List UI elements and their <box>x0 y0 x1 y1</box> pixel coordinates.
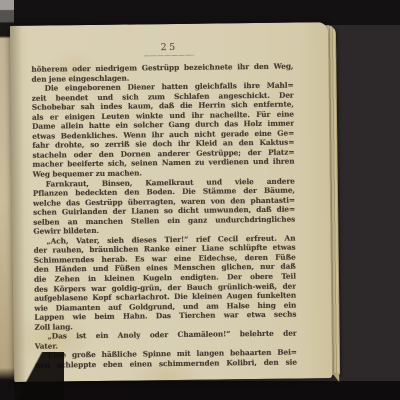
text-block: höherem oder niedrigem Gestrüpp bezeichn… <box>31 62 297 371</box>
page-number-rule <box>144 55 194 57</box>
text-line: nen schleppte eben einen schimmernden Ko… <box>35 357 297 370</box>
page-surface: 25 höherem oder niedrigem Gestrüpp bezei… <box>10 22 332 382</box>
bottom-left-corner-shadow <box>0 352 64 400</box>
book-page: 25 höherem oder niedrigem Gestrüpp bezei… <box>10 22 340 382</box>
photo-background: 25 höherem oder niedrigem Gestrüpp bezei… <box>0 0 400 400</box>
page-number: 25 <box>160 42 177 53</box>
page-header: 25 <box>10 33 328 58</box>
backdrop-top-band <box>0 0 400 25</box>
